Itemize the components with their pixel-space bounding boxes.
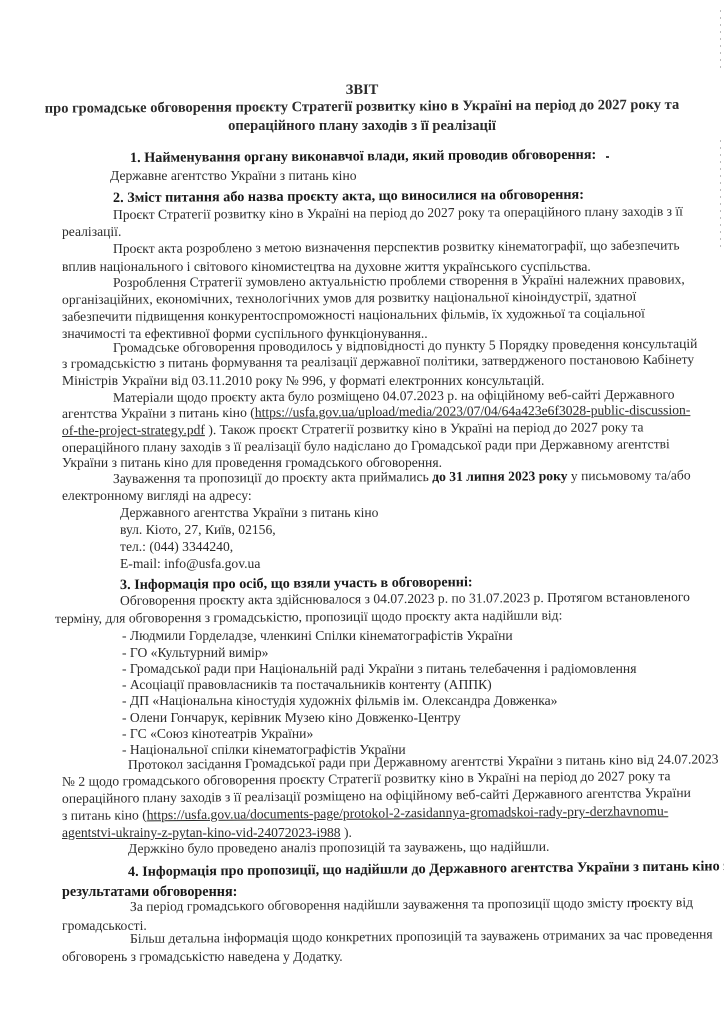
section-2-p4-line3: Міністрів України від 03.11.2010 року № … [62, 373, 544, 389]
scan-speck [606, 156, 609, 158]
section-2-p5-line2-text: агентства України з питань кіно ( [62, 405, 255, 421]
participant-item: - ГС «Союз кінотеатрів України» [122, 726, 313, 742]
section-2-p5-line4: операційного плану заходів з її реалізац… [62, 436, 670, 456]
document-subtitle-line-2: операційного плану заходів з її реалізац… [0, 118, 724, 134]
participant-item: - Олени Гончарук, керівник Музею кіно До… [122, 710, 461, 726]
protocol-link-part-1[interactable]: https://usfa.gov.ua/documents-page/proto… [147, 803, 669, 822]
section-2-p6-line2: електронному вигляді на адресу: [62, 488, 252, 504]
address-email: E-mail: info@usfa.gov.ua [120, 556, 260, 572]
scanned-document-page: ЗВІТ про громадське обговорення проєкту … [0, 0, 724, 1024]
participant-item: - ГО «Культурний вимір» [122, 645, 268, 661]
strategy-pdf-link-part-2[interactable]: of-the-project-strategy.pdf [62, 422, 205, 438]
section-3-p2-line4: з питань кіно (https://usfa.gov.ua/docum… [62, 803, 668, 824]
address-agency: Державного агентства України з питань кі… [120, 505, 378, 521]
document-title: ЗВІТ [0, 82, 724, 98]
strategy-pdf-link-part-1[interactable]: https://usfa.gov.ua/upload/media/2023/07… [255, 402, 691, 420]
section-1-heading: 1. Найменування органу виконавчої влади,… [130, 147, 596, 166]
section-2-heading: 2. Зміст питання або назва проєкту акта,… [113, 187, 584, 206]
section-2-p6-text-pre: Зауваження та пропозиції до проєкту акта… [113, 469, 432, 486]
section-3-p2-line5-text: ). [341, 825, 352, 840]
section-1-text: Державне агентство України з питань кіно [110, 168, 357, 184]
deadline-date: до 31 липня 2023 року [432, 468, 567, 484]
section-2-p6-line1: Зауваження та пропозиції до проєкту акта… [113, 467, 691, 487]
section-4-p1-line1: За період громадського обговорення надій… [130, 895, 693, 915]
document-subtitle-line-1: про громадське обговорення проєкту Страт… [0, 97, 724, 117]
protocol-link-part-2[interactable]: agentstvi-ukrainy-z-pytan-kino-vid-24072… [62, 825, 341, 840]
section-3-p2-line4-text: з питань кіно ( [62, 807, 147, 823]
section-3-p1-line2: терміну, для обговорення з громадськістю… [55, 607, 562, 627]
section-3-p3: Держкіно було проведено аналіз пропозиці… [128, 839, 549, 857]
section-2-p4-line2: з громадськістю з питань формування та р… [62, 352, 694, 372]
scan-edge-artifact [720, 140, 721, 250]
participant-item: - Людмили Горделадзе, членкині Спілки кі… [122, 628, 513, 644]
address-phone: тел.: (044) 3344240, [120, 539, 233, 555]
participant-item: - Асоціації правовласників та постачальн… [122, 677, 492, 693]
section-2-p1-line2: реалізації. [62, 224, 121, 240]
section-4-p2-line2: обговорень з громадськістю наведена у До… [62, 949, 343, 965]
participant-item: - Громадської ради при Національній раді… [122, 661, 636, 677]
section-4-heading-line1: 4. Інформація про пропозиції, що надійшл… [128, 858, 724, 880]
scan-edge-artifact [720, 10, 721, 70]
section-3-p1-line1: Обговорення проєкту акта здійснювалося з… [120, 589, 690, 609]
section-2-p6-text-post: у письмовому та/або [567, 467, 690, 483]
section-2-p2-line1: Проєкт акта розроблено з метою визначенн… [113, 238, 680, 257]
section-2-p1-line1: Проєкт Стратегії розвитку кіно в Україні… [113, 204, 683, 223]
section-2-p5-line3-text: ). Також проєкт Стратегії розвитку кіно … [205, 419, 644, 437]
address-street: вул. Кіото, 27, Київ, 02156, [120, 522, 276, 538]
participant-item: - ДП «Національна кіностудія художніх фі… [122, 693, 557, 709]
section-2-p3-line3: забезпечити підвищення конкурентоспромож… [62, 305, 645, 325]
section-4-p2-line1: Більш детальна інформація щодо конкретни… [130, 926, 713, 947]
section-3-p2-line5: agentstvi-ukrainy-z-pytan-kino-vid-24072… [62, 825, 352, 841]
